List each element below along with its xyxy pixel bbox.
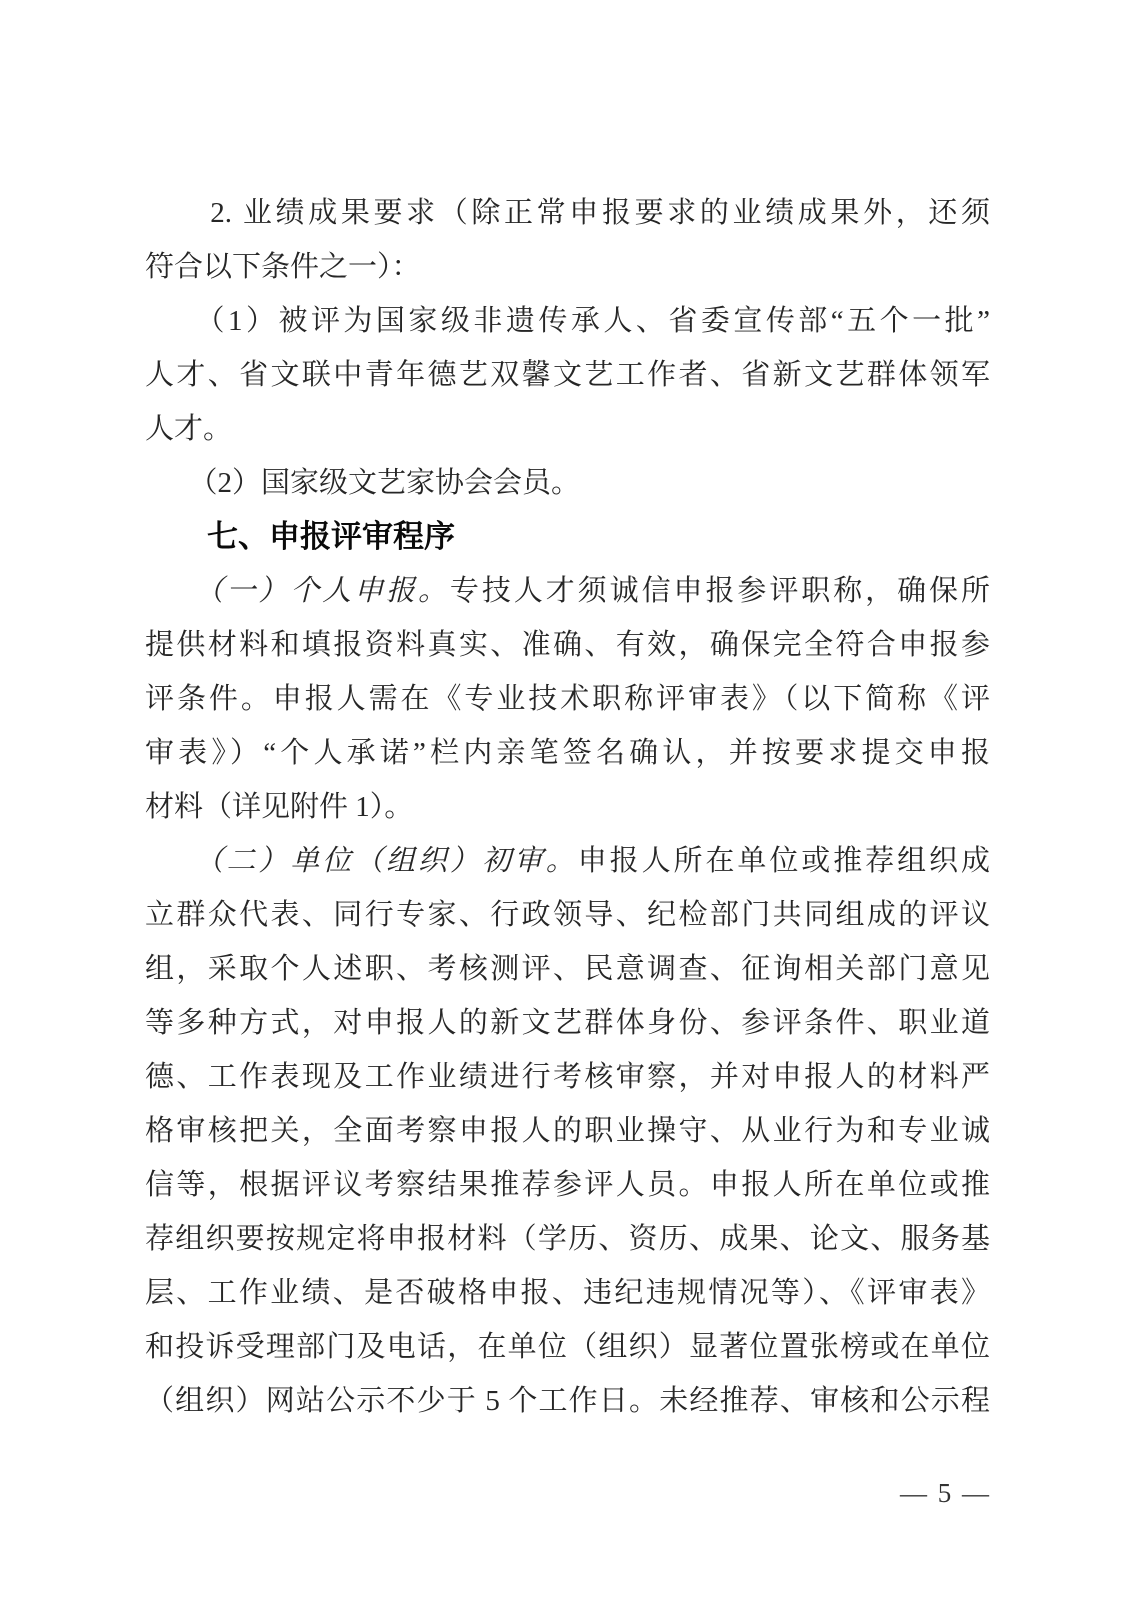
text-line: 立群众代表、同行专家、行政领导、纪检部门共同组成的评议 bbox=[145, 888, 990, 942]
text-line: （组织）网站公示不少于 5 个工作日。未经推荐、审核和公示程 bbox=[145, 1374, 990, 1428]
text-line: 提供材料和填报资料真实、准确、有效，确保完全符合申报参 bbox=[145, 618, 990, 672]
text-line: 格审核把关，全面考察申报人的职业操守、从业行为和专业诚 bbox=[145, 1104, 990, 1158]
text-line: 符合以下条件之一）： bbox=[145, 240, 990, 294]
text-line: （1）被评为国家级非遗传承人、省委宣传部“五个一批” bbox=[145, 294, 990, 348]
text-line: 评条件。申报人需在《专业技术职称评审表》（以下简称《评 bbox=[145, 672, 990, 726]
text-line: 人才。 bbox=[145, 402, 990, 456]
text-run: 申报人所在单位或推荐组织成 bbox=[578, 845, 990, 877]
text-line: 材料（详见附件 1）。 bbox=[145, 780, 990, 834]
text-line: 德、工作表现及工作业绩进行考核审察，并对申报人的材料严 bbox=[145, 1050, 990, 1104]
page-number: — 5 — bbox=[900, 1478, 991, 1509]
subsection-lead: （一）个人申报。 bbox=[145, 575, 450, 607]
text-line: 和投诉受理部门及电话，在单位（组织）显著位置张榜或在单位 bbox=[145, 1320, 990, 1374]
text-line: 层、工作业绩、是否破格申报、违纪违规情况等）、《评审表》 bbox=[145, 1266, 990, 1320]
text-line: 等多种方式，对申报人的新文艺群体身份、参评条件、职业道 bbox=[145, 996, 990, 1050]
text-line: 荐组织要按规定将申报材料（学历、资历、成果、论文、服务基 bbox=[145, 1212, 990, 1266]
text-line: （一）个人申报。专技人才须诚信申报参评职称，确保所 bbox=[145, 564, 990, 618]
text-line: 2. 业绩成果要求（除正常申报要求的业绩成果外，还须 bbox=[145, 186, 990, 240]
text-line: 审表》）“个人承诺”栏内亲笔签名确认，并按要求提交申报 bbox=[145, 726, 990, 780]
text-line: 信等，根据评议考察结果推荐参评人员。申报人所在单位或推 bbox=[145, 1158, 990, 1212]
document-body: 2. 业绩成果要求（除正常申报要求的业绩成果外，还须 符合以下条件之一）： （1… bbox=[145, 186, 990, 1428]
text-line: 组，采取个人述职、考核测评、民意调查、征询相关部门意见 bbox=[145, 942, 990, 996]
text-line: （2）国家级文艺家协会会员。 bbox=[145, 456, 990, 510]
text-run: 专技人才须诚信申报参评职称，确保所 bbox=[450, 575, 990, 607]
text-line: 人才、省文联中青年德艺双馨文艺工作者、省新文艺群体领军 bbox=[145, 348, 990, 402]
text-line: （二）单位（组织）初审。申报人所在单位或推荐组织成 bbox=[145, 834, 990, 888]
section-heading: 七、申报评审程序 bbox=[145, 510, 990, 564]
subsection-lead: （二）单位（组织）初审。 bbox=[145, 845, 578, 877]
document-page: 2. 业绩成果要求（除正常申报要求的业绩成果外，还须 符合以下条件之一）： （1… bbox=[0, 0, 1131, 1600]
